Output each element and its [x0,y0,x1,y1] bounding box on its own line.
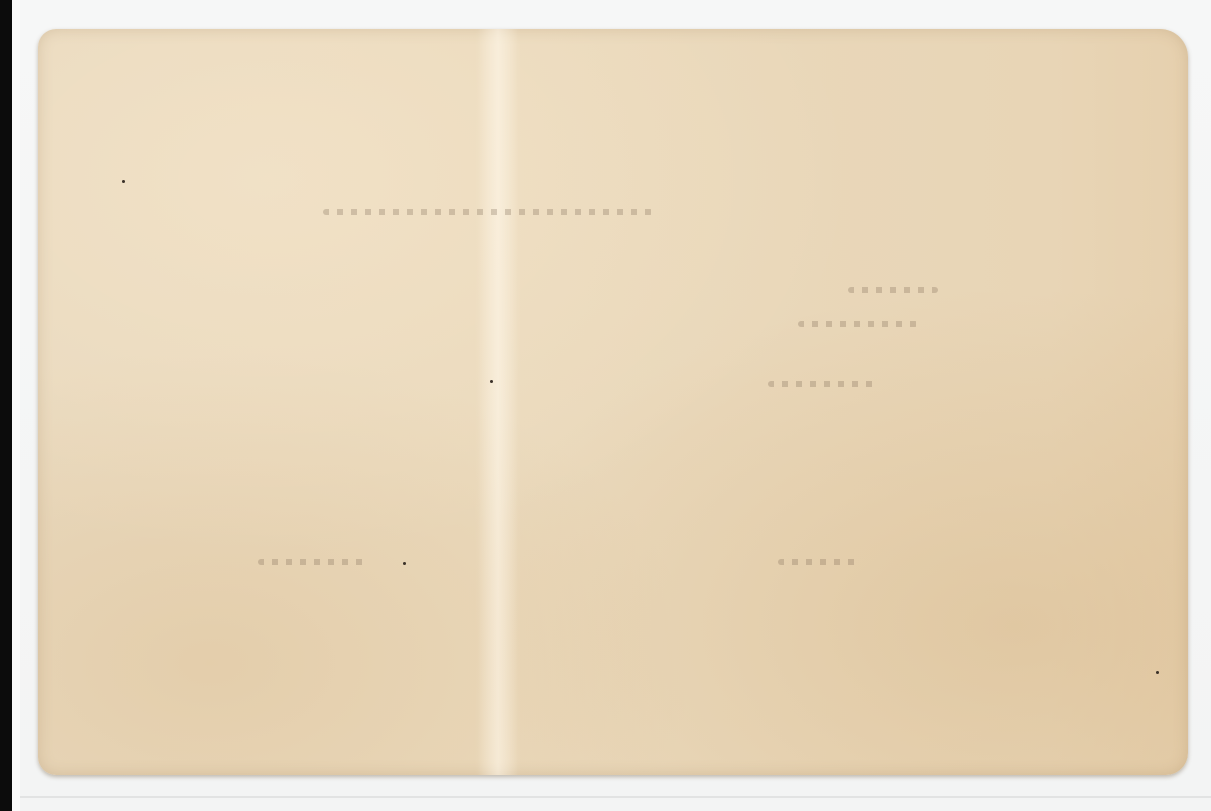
bleed-through-text [258,559,368,565]
sleeve-edge [12,0,20,811]
bleed-through-text [798,321,918,327]
card-speck [403,562,406,565]
bleed-through-text [323,209,653,215]
bleed-through-text [778,559,858,565]
bleed-through-text [848,287,938,293]
sleeve-seam [20,796,1211,798]
bleed-through-text [768,381,878,387]
card-speck [490,380,493,383]
card-speck [1156,671,1159,674]
vintage-card-back [38,29,1188,775]
card-fold-crease [478,29,518,775]
card-speck [122,180,125,183]
scanner-edge-shadow [0,0,12,811]
